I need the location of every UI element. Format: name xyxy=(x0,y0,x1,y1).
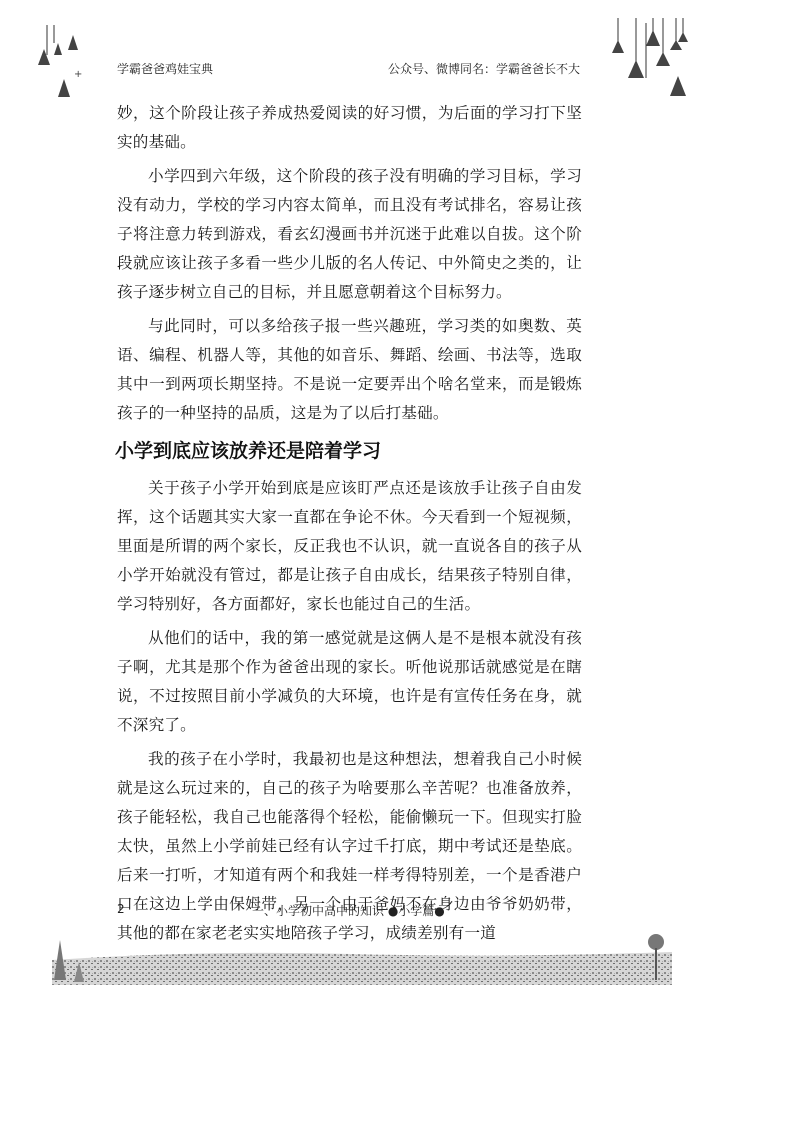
hanging-trees-right-icon xyxy=(598,18,693,98)
svg-text:+: + xyxy=(74,69,82,80)
paragraph: 妙，这个阶段让孩子养成热爱阅读的好习惯，为后面的学习打下坚实的基础。 xyxy=(117,99,582,157)
paragraph: 关于孩子小学开始到底是应该盯严点还是该放手让孩子自由发挥，这个话题其实大家一直都… xyxy=(117,474,582,619)
chapter-title: 一、小学初中高中的知识 ●小学篇● xyxy=(252,902,445,919)
hanging-trees-left-icon: + xyxy=(30,25,110,105)
section-heading: 小学到底应该放养还是陪着学习 xyxy=(115,436,582,466)
page-number: 2 xyxy=(117,902,125,916)
account-info: 公众号、微博同名：学霸爸爸长不大 xyxy=(388,60,580,77)
paragraph: 小学四到六年级，这个阶段的孩子没有明确的学习目标，学习没有动力，学校的学习内容太… xyxy=(117,162,582,307)
page-body: 妙，这个阶段让孩子养成热爱阅读的好习惯，为后面的学习打下坚实的基础。 小学四到六… xyxy=(117,99,582,948)
running-header: 学霸爸爸鸡娃宝典 公众号、微博同名：学霸爸爸长不大 xyxy=(117,60,580,80)
book-title: 学霸爸爸鸡娃宝典 xyxy=(117,60,213,77)
paragraph: 与此同时，可以多给孩子报一些兴趣班，学习类的如奥数、英语、编程、机器人等，其他的… xyxy=(117,312,582,428)
grass-landscape-icon xyxy=(52,930,672,985)
running-footer: 2 一、小学初中高中的知识 ●小学篇● xyxy=(117,902,587,922)
paragraph: 从他们的话中，我的第一感觉就是这俩人是不是根本就没有孩子啊，尤其是那个作为爸爸出… xyxy=(117,624,582,740)
